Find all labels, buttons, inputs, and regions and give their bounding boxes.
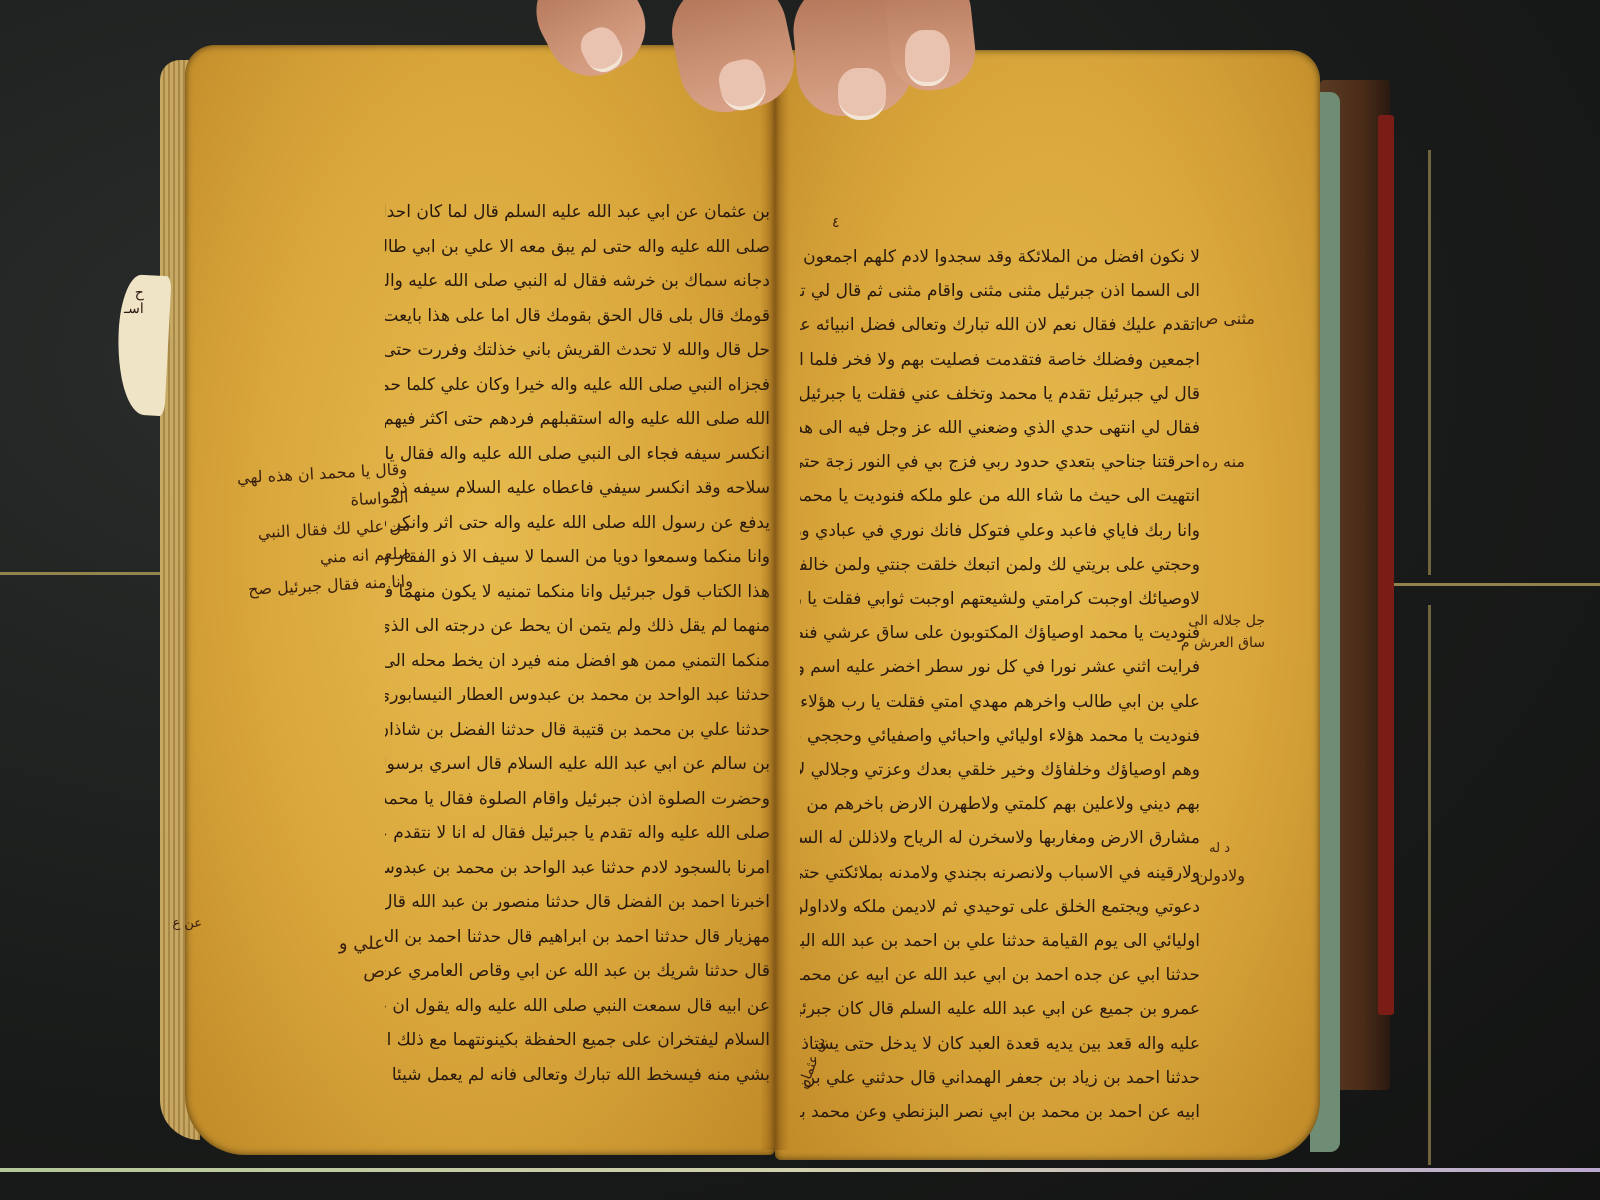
table-guide-line (1390, 583, 1600, 586)
text-line: لاوصيائك اوجبت كرامتي ولشيعتهم اوجبت ثوا… (800, 582, 1200, 616)
text-line: منهما لم يقل ذلك ولم يتمن ان يحط عن درجت… (385, 609, 770, 644)
text-line: احرقتنا جناحي بتعدي حدود ربي فزج بي في ا… (800, 445, 1200, 479)
text-line: اتقدم عليك فقال نعم لان الله تبارك وتعال… (800, 308, 1200, 342)
text-line: منكما التمني ممن هو افضل منه فيرد ان يخط… (385, 644, 770, 679)
text-line: سلاحه وقد انكسر سيفي فاعطاه عليه السلام … (385, 471, 770, 506)
text-line: حدثنا عبد الواحد بن محمد بن عبدوس العطار… (385, 678, 770, 713)
table-guide-line (1428, 150, 1431, 575)
text-line: علي بن ابي طالب واخرهم مهدي امتي فقلت يا… (800, 685, 1200, 719)
text-line: بن سالم عن ابي عبد الله عليه السلام قال … (385, 747, 770, 782)
text-line: حدثنا احمد بن زياد بن جعفر الهمداني قال … (800, 1061, 1200, 1095)
text-line: عليه واله قعد بين يديه قعدة العبد كان لا… (800, 1027, 1200, 1061)
margin-note-line: وقال يا محمد ان هذه لهي المواساة (226, 455, 409, 520)
text-line: فجزاه النبي صلى الله عليه واله خيرا وكان… (385, 368, 770, 403)
fingernail (838, 68, 886, 120)
text-line: وحجتي على بريتي لك ولمن اتبعك خلقت جنتي … (800, 548, 1200, 582)
text-line: اوليائي الى يوم القيامة حدثنا علي بن احم… (800, 924, 1200, 958)
text-line: هذا الكتاب قول جبرئيل وانا منكما تمنيه ل… (385, 575, 770, 610)
text-line: انكسر سيفه فجاء الى النبي صلى الله عليه … (385, 437, 770, 472)
right-margin-note-superscript: د له (1190, 835, 1230, 863)
text-line: فنوديت يا محمد اوصياؤك المكتوبون على ساق… (800, 616, 1200, 650)
text-line: وانا منكما وسمعوا دويا من السما لا سيف ا… (385, 540, 770, 575)
table-edge-highlight (0, 1168, 1600, 1172)
book-cover-red-edge (1378, 115, 1394, 1015)
text-line: وانا ربك فاياي فاعبد وعلي فتوكل فانك نور… (800, 514, 1200, 548)
text-line: حدثنا ابي عن جده احمد بن ابي عبد الله عن… (800, 958, 1200, 992)
text-line: بهم ديني ولاعلين بهم كلمتي ولاطهرن الارض… (800, 787, 1200, 821)
text-line: يدفع عن رسول الله صلى الله عليه واله حتى… (385, 506, 770, 541)
left-margin-note-bottom: علي و ص (325, 930, 385, 986)
text-line: قومك قال بلى قال الحق بقومك قال اما على … (385, 299, 770, 334)
margin-note-line: من علي لك فقال النبي صلعم انه مني (229, 511, 412, 576)
text-line: قال لي جبرئيل تقدم يا محمد وتخلف عني فقل… (800, 377, 1200, 411)
table-guide-line (1428, 605, 1431, 1165)
page-number-marker: ٤ (832, 215, 840, 231)
text-line: الى السما اذن جبرئيل مثنى مثنى واقام مثن… (800, 274, 1200, 308)
text-line: لا نكون افضل من الملائكة وقد سجدوا لادم … (800, 240, 1200, 274)
text-line: فنوديت يا محمد هؤلاء اوليائي واحبائي واص… (800, 719, 1200, 753)
text-line: حل قال والله لا تحدث القريش باني خذلتك و… (385, 333, 770, 368)
right-margin-note: جل جلاله الى ساق العرش م (1170, 610, 1265, 654)
text-line: دعوتي ويجتمع الخلق على توحيدي ثم لاديمن … (800, 890, 1200, 924)
text-line: مشارق الارض ومغاربها ولاسخرن له الرياح و… (800, 821, 1200, 855)
text-line: ولارقينه في الاسباب ولانصرنه بجندي ولامد… (800, 856, 1200, 890)
text-line: عمرو بن جميع عن ابي عبد الله عليه السلم … (800, 992, 1200, 1026)
right-margin-note: مثنى ص (1195, 305, 1255, 333)
left-page-text: بن عثمان عن ابي عبد الله عليه السلم قال … (385, 195, 770, 1092)
table-guide-line (0, 572, 160, 575)
right-margin-note: ولادولن (1175, 862, 1245, 890)
text-line: صلى الله عليه واله حتى لم يبق معه الا عل… (385, 230, 770, 265)
text-line: فقال لي انتهى حدي الذي وضعني الله عز وجل… (800, 411, 1200, 445)
text-line: حدثنا علي بن محمد بن قتيبة قال حدثنا الف… (385, 713, 770, 748)
fingernail (905, 30, 950, 86)
right-page-text: لا نكون افضل من الملائكة وقد سجدوا لادم … (800, 240, 1200, 1129)
page-edge-note: عن ع (172, 910, 202, 938)
text-line: الله صلى الله عليه واله استقبلهم فردهم ح… (385, 402, 770, 437)
text-line: بن عثمان عن ابي عبد الله عليه السلم قال … (385, 195, 770, 230)
text-line: انتهيت الى حيث ما شاء الله من علو ملكه ف… (800, 479, 1200, 513)
text-line: فرايت اثني عشر نورا في كل نور سطر اخضر ع… (800, 650, 1200, 684)
right-margin-note: منه ره (1185, 448, 1245, 476)
text-line: قال حدثنا شريك بن عبد الله عن ابي وقاص ا… (385, 954, 770, 989)
left-margin-note: وقال يا محمد ان هذه لهي المواساة من علي … (226, 455, 413, 604)
text-line: ابيه عن احمد بن محمد بن ابي نصر البزنطي … (800, 1095, 1200, 1129)
text-line: مهزيار قال حدثنا احمد بن ابراهيم قال حدث… (385, 920, 770, 955)
text-line: امرنا بالسجود لادم حدثنا عبد الواحد بن م… (385, 851, 770, 886)
text-line: بشي منه فيسخط الله تبارك وتعالى فانه لم … (385, 1058, 770, 1093)
text-line: وحضرت الصلوة اذن جبرئيل واقام الصلوة فقا… (385, 782, 770, 817)
margin-note-text: جل جلاله الى ساق العرش م (1181, 613, 1265, 651)
text-line: وهم اوصياؤك وخلفاؤك وخير خلقي بعدك وعزتي… (800, 753, 1200, 787)
slip-text: ح اسـ (124, 285, 144, 317)
text-line: دجانه سماك بن خرشه فقال له النبي صلى الل… (385, 264, 770, 299)
text-line: اجمعين وفضلك خاصة فتقدمت فصليت بهم ولا ف… (800, 343, 1200, 377)
text-line: السلام ليفتخران على جميع الحفظة بكينونته… (385, 1023, 770, 1058)
text-line: عن ابيه قال سمعت النبي صلى الله عليه وال… (385, 989, 770, 1024)
text-line: اخبرنا احمد بن الفضل قال حدثنا منصور بن … (385, 885, 770, 920)
text-line: صلى الله عليه واله تقدم يا جبرئيل فقال ل… (385, 816, 770, 851)
